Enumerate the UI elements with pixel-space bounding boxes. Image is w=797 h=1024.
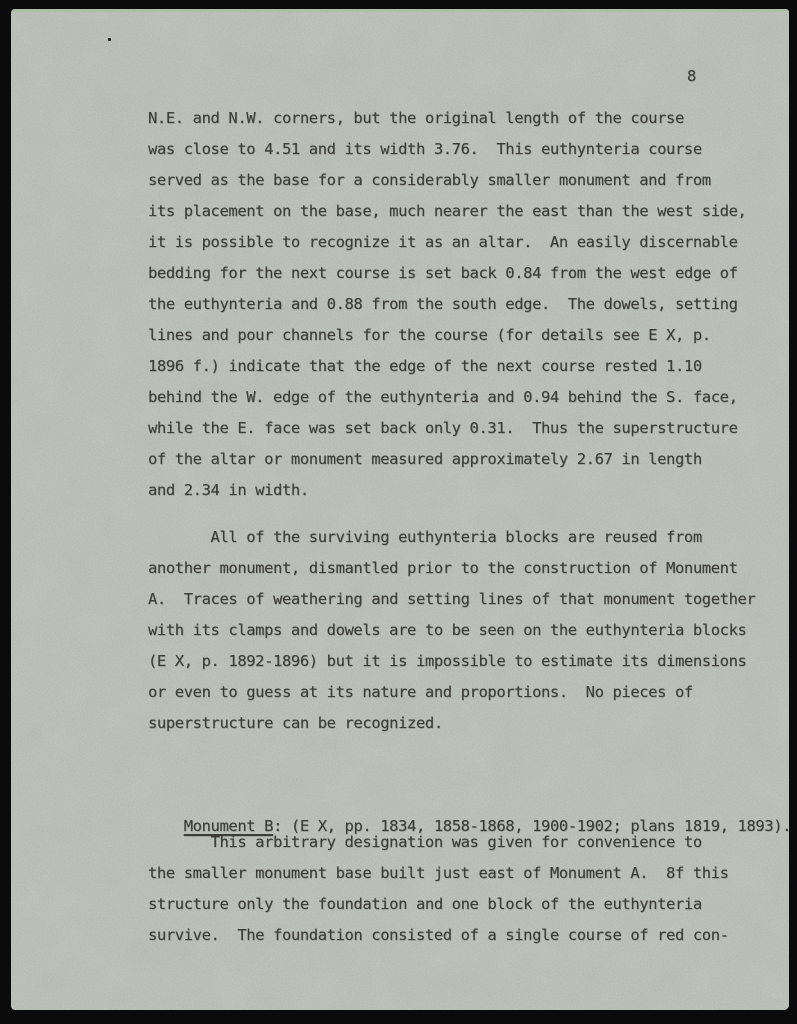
- scan-edge-tint: [11, 9, 789, 12]
- text-line: 1896 f.) indicate that the edge of the n…: [148, 351, 746, 382]
- text-line: its placement on the base, much nearer t…: [148, 196, 746, 227]
- text-line: A. Traces of weathering and setting line…: [148, 584, 755, 615]
- text-line: survive. The foundation consisted of a s…: [148, 920, 729, 951]
- text-line: the smaller monument base built just eas…: [148, 858, 729, 889]
- paragraph-euthynteria-blocks: All of the surviving euthynteria blocks …: [148, 522, 755, 739]
- text-line: All of the surviving euthynteria blocks …: [148, 522, 755, 553]
- text-line: bedding for the next course is set back …: [148, 258, 746, 289]
- paragraph-continuation: N.E. and N.W. corners, but the original …: [148, 103, 746, 506]
- monument-b-heading: Monument B: (E X, pp. 1834, 1858-1868, 1…: [148, 780, 789, 811]
- scan-speck: [108, 38, 111, 41]
- text-line: lines and pour channels for the course (…: [148, 320, 746, 351]
- text-line: behind the W. edge of the euthynteria an…: [148, 382, 746, 413]
- text-line: or even to guess at its nature and propo…: [148, 677, 755, 708]
- text-line: it is possible to recognize it as an alt…: [148, 227, 746, 258]
- text-line: another monument, dismantled prior to th…: [148, 553, 755, 584]
- text-line: while the E. face was set back only 0.31…: [148, 413, 746, 444]
- text-line: was close to 4.51 and its width 3.76. Th…: [148, 134, 746, 165]
- text-line: and 2.34 in width.: [148, 475, 746, 506]
- text-line: (E X, p. 1892-1896) but it is impossible…: [148, 646, 755, 677]
- text-line: with its clamps and dowels are to be see…: [148, 615, 755, 646]
- text-line: structure only the foundation and one bl…: [148, 889, 729, 920]
- text-line: N.E. and N.W. corners, but the original …: [148, 103, 746, 134]
- page-number: 8: [687, 61, 696, 92]
- text-line: served as the base for a considerably sm…: [148, 165, 746, 196]
- text-line: the euthynteria and 0.88 from the south …: [148, 289, 746, 320]
- text-line: superstructure can be recognized.: [148, 708, 755, 739]
- text-line: of the altar or monument measured approx…: [148, 444, 746, 475]
- scanned-page: 8 N.E. and N.W. corners, but the origina…: [11, 9, 789, 1010]
- paragraph-monument-b-description: This arbitrary designation was given for…: [148, 827, 729, 951]
- text-line: This arbitrary designation was given for…: [148, 827, 729, 858]
